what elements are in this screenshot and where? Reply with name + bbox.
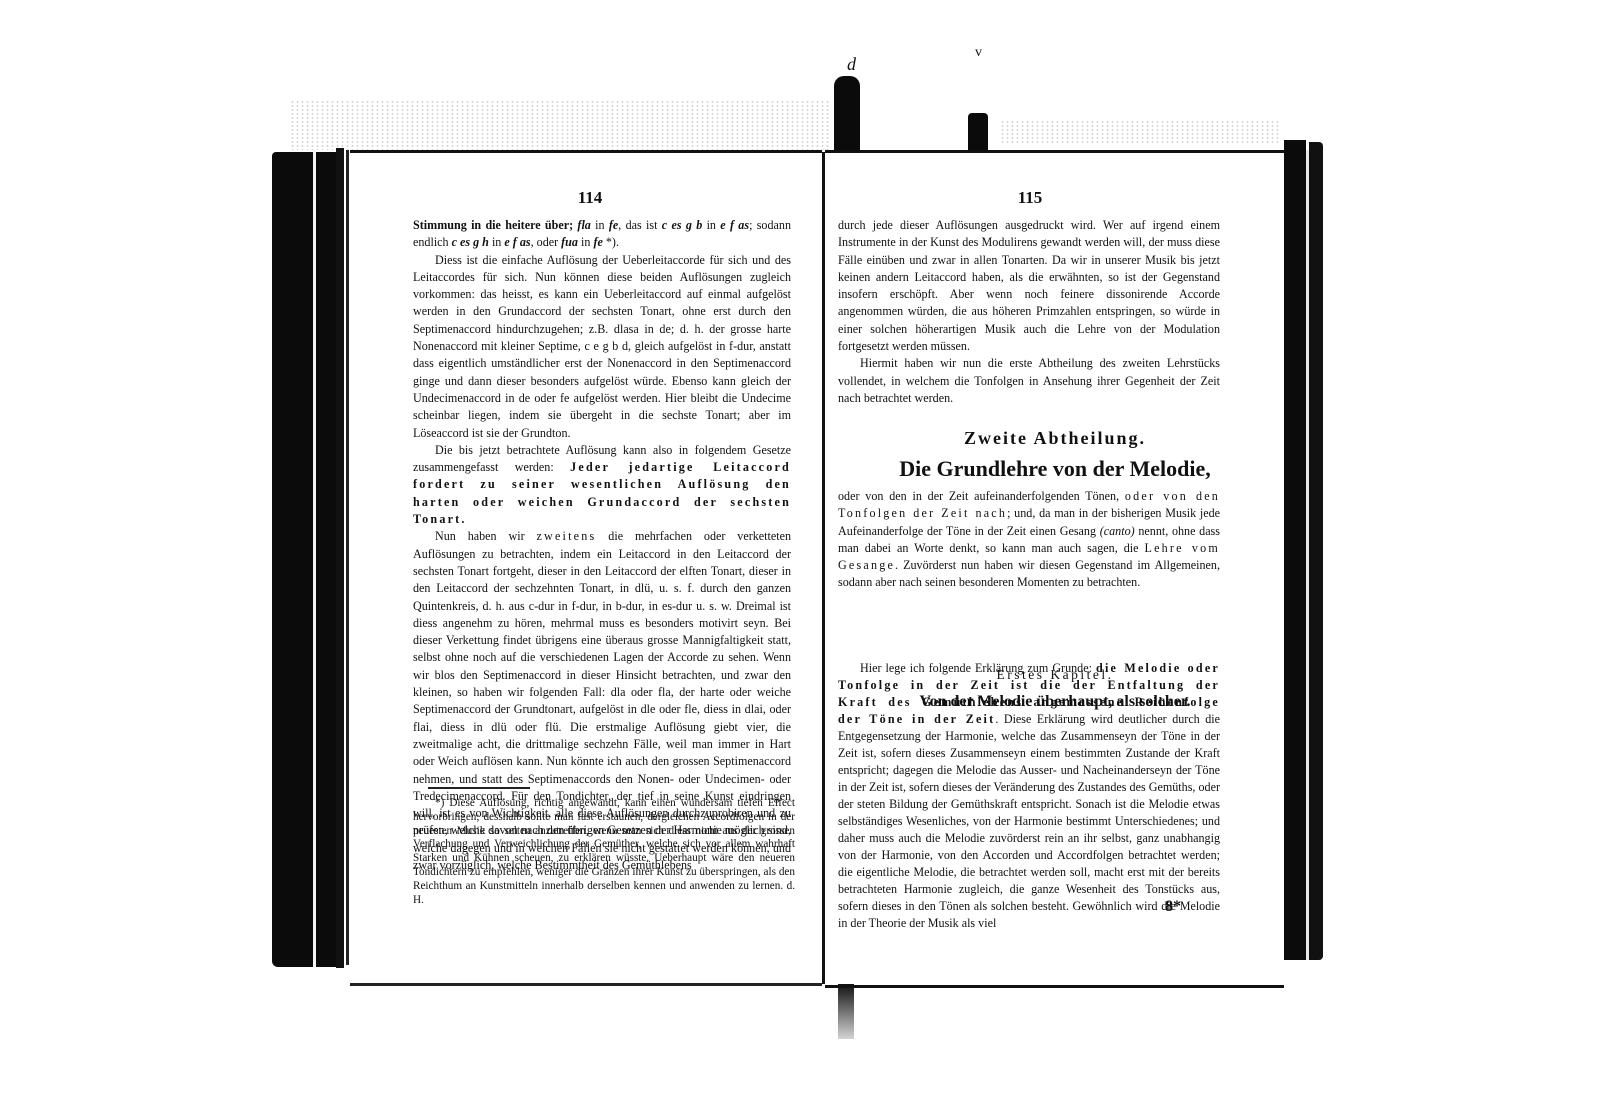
footnote-divider: [428, 787, 530, 789]
bookmark-tab-top-small: [968, 113, 988, 153]
page-left-body: Stimmung in die heitere über; fla in fe,…: [413, 217, 791, 874]
bookmark-tab-top: [834, 76, 860, 152]
signature-mark: 8*: [1165, 898, 1181, 916]
bookmark-tab-bottom: [838, 984, 854, 1039]
paragraph: durch jede dieser Auflösungen ausgedruck…: [838, 217, 1220, 355]
section-intro: oder von den in der Zeit aufeinanderfolg…: [838, 488, 1220, 592]
page-number-left: 114: [560, 188, 620, 208]
section-heading: Zweite Abtheilung.: [835, 428, 1275, 449]
margin-mark: v: [975, 45, 982, 61]
paragraph: Diess ist die einfache Auflösung der Ueb…: [413, 252, 791, 442]
book-cover-left: [272, 152, 336, 967]
paragraph: Stimmung in die heitere über; fla in fe,…: [413, 217, 791, 252]
scan-noise: [290, 100, 830, 150]
page-number-right: 115: [1000, 188, 1060, 208]
book-cover-right: [1284, 140, 1306, 960]
paragraph: Hiermit haben wir nun die erste Abtheilu…: [838, 355, 1220, 407]
scan-noise: [1000, 120, 1280, 145]
cover-left-edge-inner: [346, 150, 349, 965]
cover-left-highlight: [313, 150, 316, 968]
cover-left-edge: [336, 148, 344, 968]
footnote: *) Diese Auflösung, richtig angewandt, k…: [413, 797, 795, 907]
section-title: Die Grundlehre von der Melodie,: [835, 456, 1275, 482]
cover-right-edge: [1309, 142, 1323, 960]
margin-mark: d: [847, 54, 856, 75]
page-right-body-top: durch jede dieser Auflösungen ausgedruck…: [838, 217, 1220, 407]
chapter-body: Hier lege ich folgende Erklärung zum Gru…: [838, 660, 1220, 932]
paragraph-law: Die bis jetzt betrachtete Auflösung kann…: [413, 442, 791, 528]
